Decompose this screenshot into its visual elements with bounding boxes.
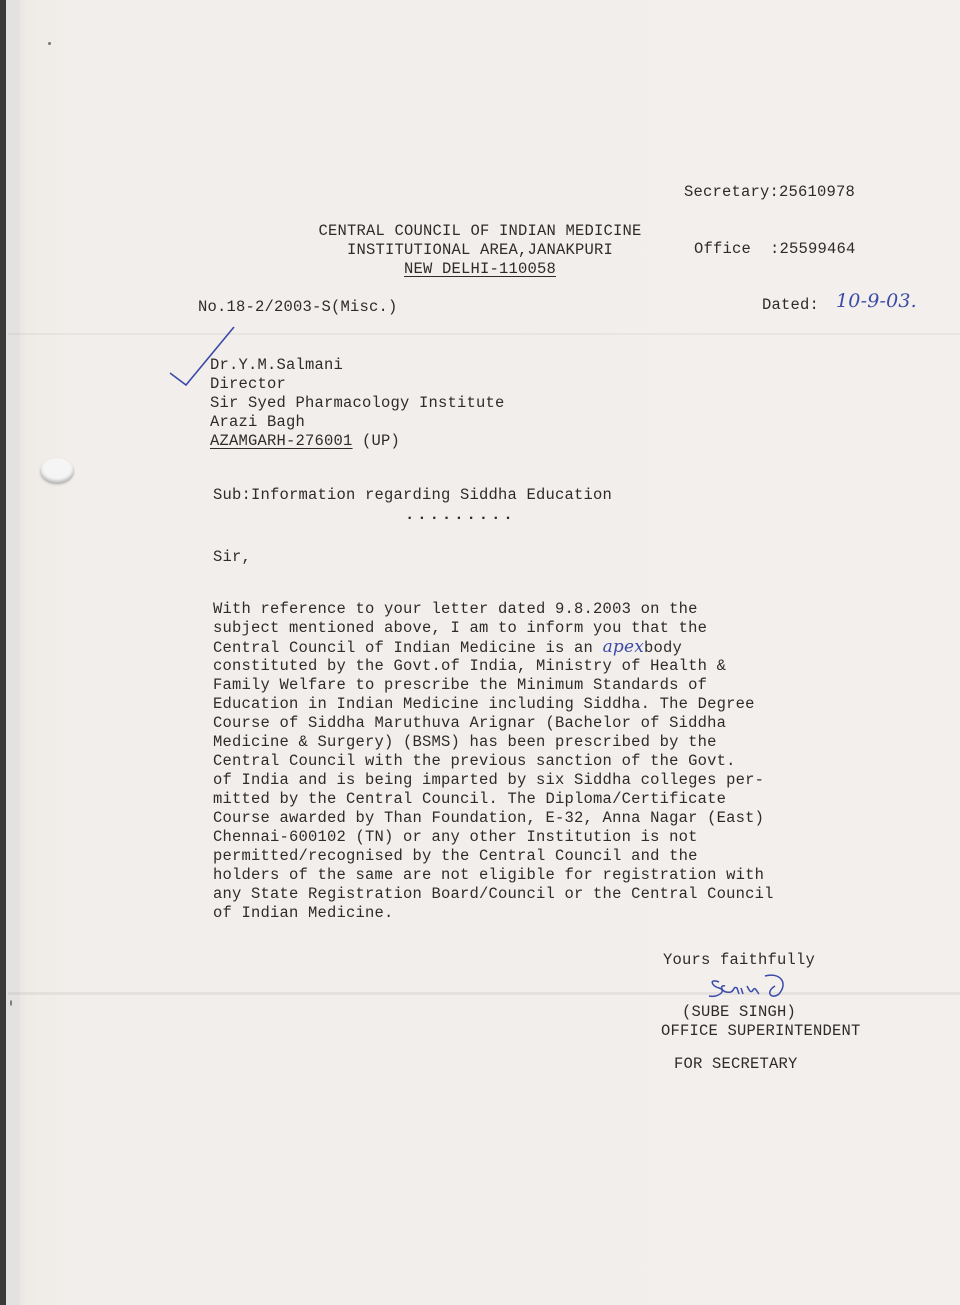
signatory-designation: OFFICE SUPERINTENDENT xyxy=(661,1022,861,1041)
paper-fold xyxy=(8,333,960,335)
body-line-text: Medicine & Surgery) (BSMS) has been pres… xyxy=(213,733,717,751)
valediction: Yours faithfully xyxy=(663,951,815,970)
on-behalf-of: FOR SECRETARY xyxy=(674,1055,798,1074)
body-line: Course of Siddha Maruthuva Arignar (Bach… xyxy=(213,714,726,733)
body-line: Chennai-600102 (TN) or any other Institu… xyxy=(213,828,698,847)
body-line-text: Central Council of Indian Medicine is an xyxy=(213,639,603,657)
punch-hole-icon xyxy=(40,458,74,484)
org-city-wrap: NEW DELHI-110058 xyxy=(0,260,960,279)
body-line-text: Family Welfare to prescribe the Minimum … xyxy=(213,676,707,694)
signatory-name: (SUBE SINGH) xyxy=(682,1003,796,1022)
paper-fold xyxy=(8,992,960,995)
secretary-label: Secretary: xyxy=(684,183,779,201)
body-line: mitted by the Central Council. The Diplo… xyxy=(213,790,726,809)
body-line: any State Registration Board/Council or … xyxy=(213,885,774,904)
body-line-text: Course of Siddha Maruthuva Arignar (Bach… xyxy=(213,714,726,732)
body-line: constituted by the Govt.of India, Minist… xyxy=(213,657,726,676)
body-line: subject mentioned above, I am to inform … xyxy=(213,619,707,638)
body-line-text: permitted/recognised by the Central Coun… xyxy=(213,847,698,865)
recipient-state: (UP) xyxy=(362,432,400,450)
body-line-text: Course awarded by Than Foundation, E-32,… xyxy=(213,809,764,827)
recipient-institution: Sir Syed Pharmacology Institute xyxy=(210,394,505,413)
body-line: permitted/recognised by the Central Coun… xyxy=(213,847,698,866)
body-line-text: Central Council with the previous sancti… xyxy=(213,752,736,770)
body-line: Education in Indian Medicine including S… xyxy=(213,695,755,714)
scan-margin xyxy=(6,0,20,1305)
signature-icon xyxy=(705,972,805,1004)
secretary-phone: 25610978 xyxy=(779,183,855,201)
body-line-text: Chennai-600102 (TN) or any other Institu… xyxy=(213,828,698,846)
body-line-text: With reference to your letter dated 9.8.… xyxy=(213,600,698,618)
subject-line: Sub:Information regarding Siddha Educati… xyxy=(213,486,612,505)
body-line-text: Education in Indian Medicine including S… xyxy=(213,695,755,713)
body-line-tail: body xyxy=(644,639,682,657)
org-city: NEW DELHI-110058 xyxy=(404,260,556,278)
body-line-text: mitted by the Central Council. The Diplo… xyxy=(213,790,726,808)
handwritten-insert: apex xyxy=(603,637,644,657)
body-line: Central Council with the previous sancti… xyxy=(213,752,736,771)
body-line: Course awarded by Than Foundation, E-32,… xyxy=(213,809,764,828)
body-line: of Indian Medicine. xyxy=(213,904,394,923)
speck xyxy=(48,42,51,45)
dated-label: Dated: xyxy=(762,296,819,315)
subject-separator: ......... xyxy=(405,506,516,525)
body-line: Medicine & Surgery) (BSMS) has been pres… xyxy=(213,733,717,752)
salutation: Sir, xyxy=(213,548,251,567)
body-line-text: constituted by the Govt.of India, Minist… xyxy=(213,657,726,675)
dated-value: 10-9-03. xyxy=(836,292,917,311)
body-line: holders of the same are not eligible for… xyxy=(213,866,764,885)
body-line-text: of Indian Medicine. xyxy=(213,904,394,922)
body-line-text: of India and is being imparted by six Si… xyxy=(213,771,764,789)
recipient-locality: Arazi Bagh xyxy=(210,413,305,432)
reference-number: No.18-2/2003-S(Misc.) xyxy=(198,298,398,317)
body-line: Family Welfare to prescribe the Minimum … xyxy=(213,676,707,695)
body-line-text: any State Registration Board/Council or … xyxy=(213,885,774,903)
recipient-city-pin: AZAMGARH-276001 xyxy=(210,432,353,450)
body-line-text: subject mentioned above, I am to inform … xyxy=(213,619,707,637)
org-name: CENTRAL COUNCIL OF INDIAN MEDICINE xyxy=(0,222,960,241)
recipient-title: Director xyxy=(210,375,286,394)
body-line: of India and is being imparted by six Si… xyxy=(213,771,764,790)
recipient-name: Dr.Y.M.Salmani xyxy=(210,356,343,375)
body-line-text: holders of the same are not eligible for… xyxy=(213,866,764,884)
org-address: INSTITUTIONAL AREA,JANAKPURI xyxy=(0,241,960,260)
body-line: Central Council of Indian Medicine is an… xyxy=(213,638,682,658)
recipient-city-line: AZAMGARH-276001 (UP) xyxy=(210,432,400,451)
speck xyxy=(10,1000,12,1006)
body-line: With reference to your letter dated 9.8.… xyxy=(213,600,698,619)
